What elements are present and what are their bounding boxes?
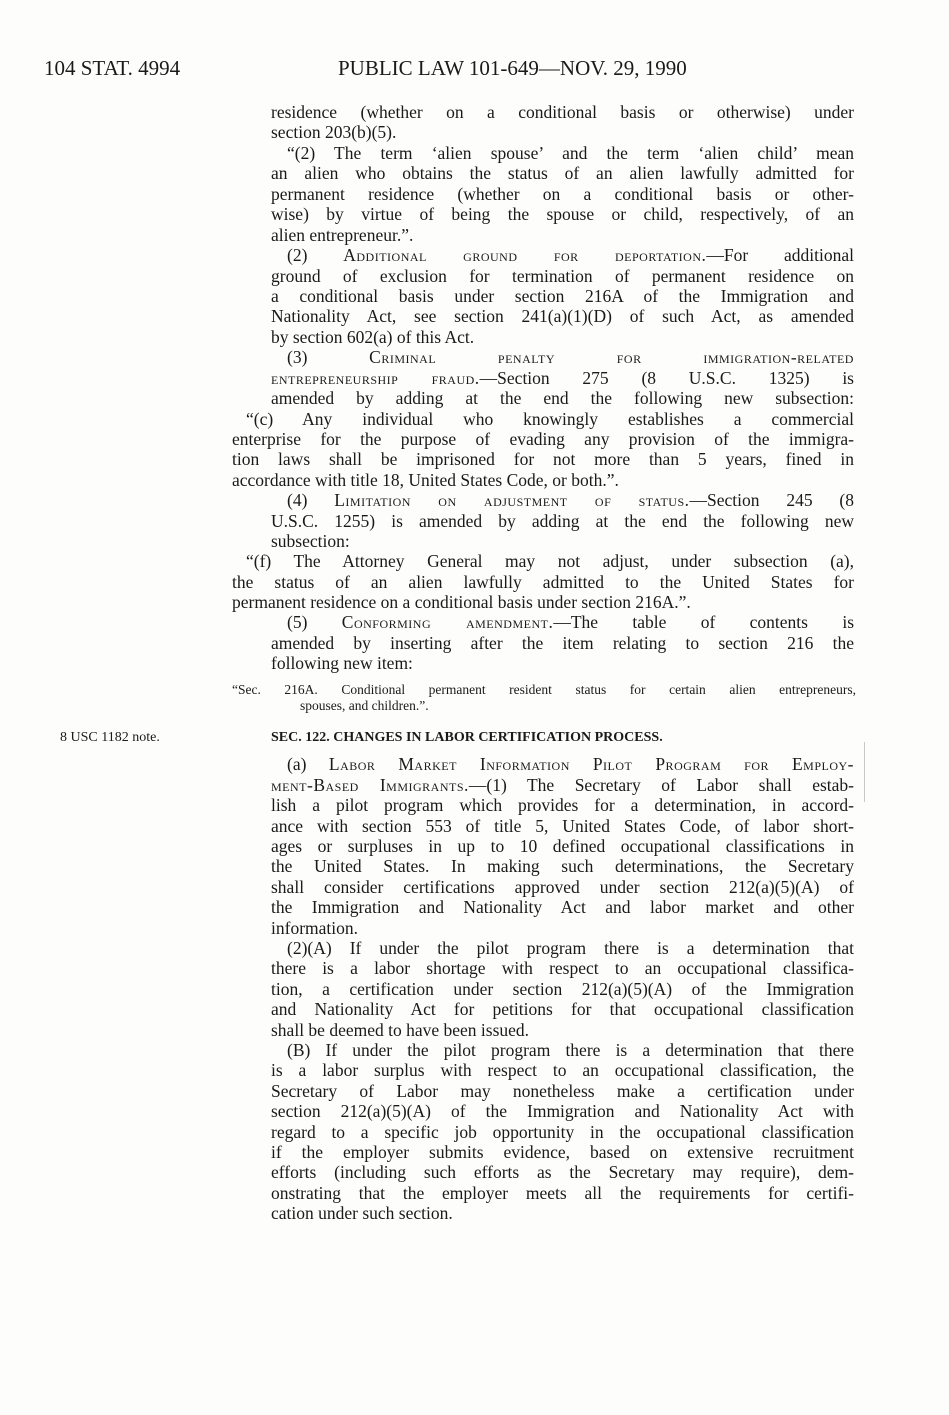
text-line: ages or surpluses in up to 10 defined oc…	[271, 836, 854, 857]
paragraph-heading: Conforming amendment.	[342, 612, 554, 632]
paragraph-heading-line: entrepreneurship fraud.—Section 275 (8 U…	[271, 368, 854, 389]
text-line: tion, a certification under section 212(…	[271, 979, 854, 1000]
paragraph-lead: —For additional	[706, 245, 854, 265]
subsection-heading-line: ment-Based Immigrants.—(1) The Secretary…	[271, 775, 854, 796]
quoted-text-line: “(c) Any individual who knowingly establ…	[246, 409, 854, 430]
paragraph-number: (4)	[287, 490, 307, 510]
text-line: alien entrepreneur.”.	[271, 225, 413, 246]
text-line: lish a pilot program which provides for …	[271, 795, 854, 816]
statute-page: 104 STAT. 4994 PUBLIC LAW 101-649—NOV. 2…	[0, 0, 949, 1415]
text-line: by section 602(a) of this Act.	[271, 327, 474, 348]
text-line: a conditional basis under section 216A o…	[271, 286, 854, 307]
quoted-text-line: accordance with title 18, United States …	[232, 470, 619, 491]
paragraph-lead: —The table of contents is	[553, 612, 854, 632]
text-line: Nationality Act, see section 241(a)(1)(D…	[271, 306, 854, 327]
text-line: cation under such section.	[271, 1203, 453, 1224]
page-reference: 104 STAT. 4994	[44, 56, 180, 81]
paragraph-lead: —Section 245 (8	[690, 490, 854, 510]
text-line: subsection:	[271, 531, 350, 552]
paragraph-number: (2)	[287, 245, 307, 265]
paragraph-heading-line: (4) Limitation on adjustment of status.—…	[287, 490, 854, 511]
text-line: information.	[271, 918, 358, 939]
text-line: ance with section 553 of title 5, United…	[271, 816, 854, 837]
toc-item-line: “Sec. 216A. Conditional permanent reside…	[232, 681, 856, 698]
text-line: following new item:	[271, 653, 413, 674]
subsection-heading-line: (a) Labor Market Information Pilot Progr…	[287, 754, 854, 775]
paragraph-heading: Limitation on adjustment of status.	[334, 490, 689, 510]
text-line: (B) If under the pilot program there is …	[287, 1040, 854, 1061]
heading-word: Criminal	[369, 347, 436, 368]
paragraph-heading-line: (3) Criminal penalty for immigration-rel…	[287, 347, 854, 368]
text-line: section 203(b)(5).	[271, 122, 396, 143]
toc-item-line: spouses, and children.”.	[300, 697, 429, 714]
paragraph-heading: entrepreneurship fraud.	[271, 368, 480, 388]
subsection-heading: Labor Market Information Pilot Program f…	[329, 754, 854, 774]
text-line: if the employer submits evidence, based …	[271, 1142, 854, 1163]
heading-word: immigration-related	[703, 347, 854, 368]
section-heading: SEC. 122. CHANGES IN LABOR CERTIFICATION…	[271, 730, 663, 746]
text-line: wise) by virtue of being the spouse or c…	[271, 204, 854, 225]
text-line: Secretary of Labor may nonetheless make …	[271, 1081, 854, 1102]
text-line: “(2) The term ‘alien spouse’ and the ter…	[287, 143, 854, 164]
paragraph-number: (3)	[287, 347, 307, 368]
text-line: amended by inserting after the item rela…	[271, 633, 854, 654]
paragraph-heading-line: (5) Conforming amendment.—The table of c…	[287, 612, 854, 633]
text-line: section 212(a)(5)(A) of the Immigration …	[271, 1101, 854, 1122]
text-line: an alien who obtains the status of an al…	[271, 163, 854, 184]
subsection-lead: —(1) The Secretary of Labor shall estab-	[469, 775, 854, 795]
text-line: amended by adding at the end the followi…	[271, 388, 854, 409]
subsection-heading: ment-Based Immigrants.	[271, 775, 469, 795]
text-line: regard to a specific job opportunity in …	[271, 1122, 854, 1143]
text-line: permanent residence (whether on a condit…	[271, 184, 854, 205]
subsection-label: (a)	[287, 754, 306, 774]
text-line: is a labor surplus with respect to an oc…	[271, 1060, 854, 1081]
running-title: PUBLIC LAW 101-649—NOV. 29, 1990	[338, 56, 687, 81]
text-line: efforts (including such efforts as the S…	[271, 1162, 854, 1183]
quoted-text-line: tion laws shall be imprisoned for not mo…	[232, 449, 854, 470]
paragraph-heading: Additional ground for deportation.	[343, 245, 706, 265]
heading-word: for	[617, 347, 642, 368]
text-line: there is a labor shortage with respect t…	[271, 958, 854, 979]
heading-word: penalty	[498, 347, 555, 368]
quoted-text-line: “(f) The Attorney General may not adjust…	[246, 551, 854, 572]
text-line: shall consider certifications approved u…	[271, 877, 854, 898]
text-line: the United States. In making such determ…	[271, 856, 854, 877]
text-line: and Nationality Act for petitions for th…	[271, 999, 854, 1020]
paragraph-heading-line: (2) Additional ground for deportation.—F…	[287, 245, 854, 266]
text-line: shall be deemed to have been issued.	[271, 1020, 529, 1041]
paragraph-number: (5)	[287, 612, 307, 632]
quoted-text-line: enterprise for the purpose of evading an…	[232, 429, 854, 450]
text-line: residence (whether on a conditional basi…	[271, 102, 854, 123]
text-line: U.S.C. 1255) is amended by adding at the…	[271, 511, 854, 532]
quoted-text-line: permanent residence on a conditional bas…	[232, 592, 691, 613]
text-line: onstrating that the employer meets all t…	[271, 1183, 854, 1204]
quoted-text-line: the status of an alien lawfully admitted…	[232, 572, 854, 593]
text-line: (2)(A) If under the pilot program there …	[287, 938, 854, 959]
margin-rule	[864, 742, 865, 802]
paragraph-lead: —Section 275 (8 U.S.C. 1325) is	[480, 368, 854, 388]
margin-note: 8 USC 1182 note.	[60, 730, 160, 746]
text-line: ground of exclusion for termination of p…	[271, 266, 854, 287]
text-line: the Immigration and Nationality Act and …	[271, 897, 854, 918]
